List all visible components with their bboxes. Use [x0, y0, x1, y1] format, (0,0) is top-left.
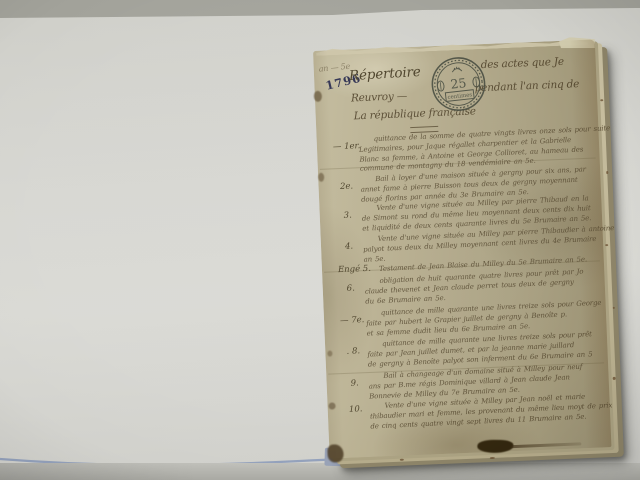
entry-number: — 1er.	[333, 141, 357, 152]
spine-stain	[328, 402, 335, 409]
stamp-crest-icon	[452, 66, 462, 72]
backdrop-bottom-strip	[0, 463, 640, 480]
register-entry: — 1er. quittance de la somme de quatre v…	[317, 125, 599, 137]
entry-number: 9.	[342, 378, 366, 389]
entry-number: — 7e.	[340, 315, 364, 326]
bottom-burn-stain	[477, 440, 513, 453]
marginal-an-note: an — 5e	[318, 62, 350, 74]
stamp-value: 25	[450, 75, 468, 92]
manuscript-stack: an — 5e 1796 Répertoire des actes que Je…	[313, 39, 624, 471]
manuscript-front-page: an — 5e 1796 Répertoire des actes que Je…	[313, 39, 611, 458]
paper-fleck	[606, 171, 608, 174]
entry-number: 3.	[336, 210, 360, 221]
spine-stain	[327, 350, 332, 356]
entry-number: Engé 5.	[338, 264, 362, 275]
header-reuvroy: Reuvroy —	[351, 90, 408, 104]
entry-number: . 8.	[341, 346, 365, 357]
revenue-stamp: 25 centimes	[426, 52, 490, 116]
entry-number: 6.	[339, 283, 363, 294]
bottom-shadow	[0, 463, 200, 480]
paper-fleck	[613, 307, 615, 309]
manuscript-photo: an — 5e 1796 Répertoire des actes que Je…	[0, 0, 640, 480]
bottom-left-stain	[327, 444, 344, 463]
bottom-stain-streak	[511, 442, 581, 448]
entry-number: 2e.	[334, 181, 358, 192]
entry-number: 10.	[344, 404, 368, 415]
header-des-actes: des actes que Je	[480, 56, 564, 71]
spine-stain	[314, 91, 322, 102]
spine-stain	[318, 173, 324, 182]
entry-number: 4.	[337, 241, 361, 252]
header-pendant: pendant l'an cinq de	[474, 78, 579, 94]
header-repertoire: Répertoire	[349, 64, 421, 84]
